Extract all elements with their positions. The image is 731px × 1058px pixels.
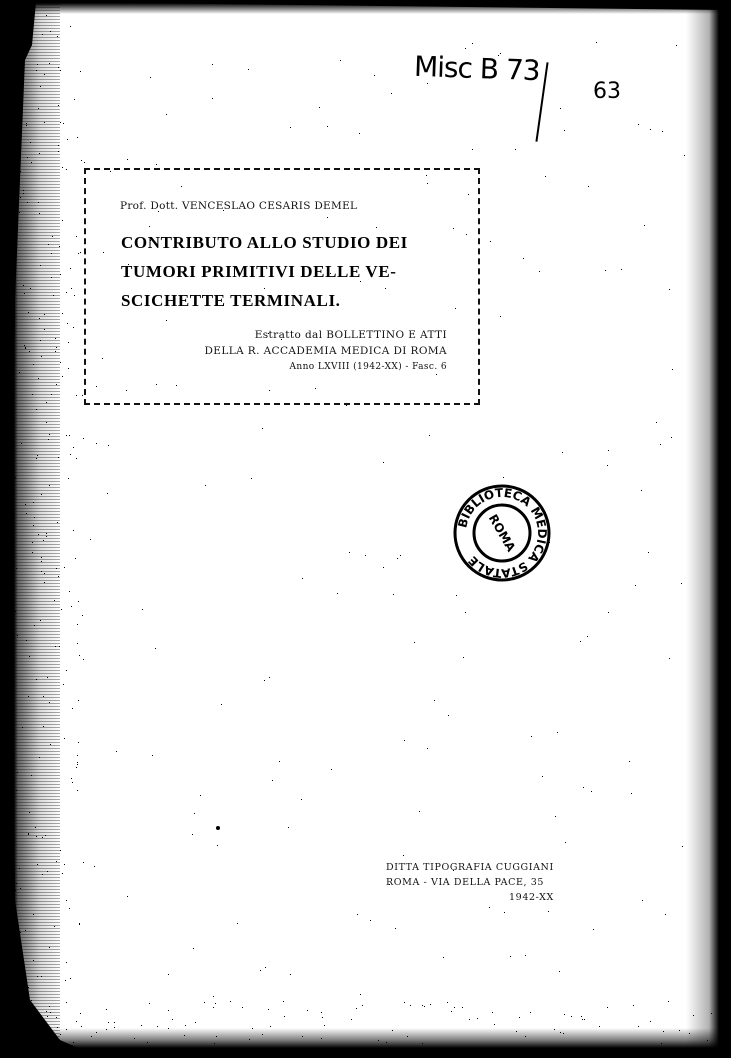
scan-noise <box>49 485 50 486</box>
scan-noise <box>217 845 218 846</box>
scan-noise <box>454 1007 455 1008</box>
scan-noise <box>76 1021 77 1022</box>
scan-noise <box>77 790 78 791</box>
scan-noise <box>147 1042 148 1043</box>
scan-noise <box>17 64 18 65</box>
scan-noise <box>531 736 532 737</box>
scan-noise <box>66 900 67 901</box>
scan-noise <box>42 837 43 838</box>
scan-border-bottom <box>0 1028 731 1058</box>
scan-noise <box>42 34 43 35</box>
scan-noise <box>49 947 50 948</box>
scan-noise <box>26 123 27 124</box>
scan-noise <box>55 338 56 339</box>
scan-noise <box>55 646 56 647</box>
scan-noise <box>58 576 59 577</box>
scan-noise <box>33 960 34 961</box>
scan-noise <box>106 1009 107 1010</box>
scan-noise <box>79 1 80 2</box>
scan-noise <box>327 217 328 218</box>
scan-noise <box>351 1019 352 1020</box>
scan-noise <box>607 1007 608 1008</box>
scanned-page: Misc B 73 63 Prof. Dott. VENCESLAO CESAR… <box>0 0 731 1058</box>
scan-noise <box>64 738 65 739</box>
scan-noise <box>41 494 42 495</box>
scan-noise <box>90 539 91 540</box>
scan-noise <box>395 928 396 929</box>
scan-noise <box>463 657 464 658</box>
scan-noise <box>60 850 61 851</box>
scan-noise <box>126 390 127 391</box>
scan-noise <box>76 767 77 768</box>
scan-noise <box>362 1005 363 1006</box>
scan-noise <box>150 77 151 78</box>
scan-noise <box>103 252 104 253</box>
scan-noise <box>28 987 29 988</box>
scan-noise <box>404 1002 405 1003</box>
scan-noise <box>20 1029 21 1030</box>
scan-noise <box>340 60 341 61</box>
scan-noise <box>268 333 269 334</box>
scan-noise <box>69 591 70 592</box>
scan-noise <box>16 181 17 182</box>
scan-noise <box>525 1036 526 1037</box>
printer-imprint: DITTA TIPOGRAFIA CUGGIANI ROMA - VIA DEL… <box>386 860 554 905</box>
scan-noise <box>214 1043 215 1044</box>
scan-noise <box>302 578 303 579</box>
scan-noise <box>642 900 643 901</box>
scan-noise <box>346 405 347 406</box>
scan-noise <box>51 253 52 254</box>
scan-noise <box>436 374 437 375</box>
scan-noise <box>554 1029 555 1030</box>
scan-noise <box>385 288 386 289</box>
scan-noise <box>46 533 47 534</box>
scan-noise <box>374 75 375 76</box>
scan-noise <box>7 1008 8 1009</box>
scan-noise <box>75 558 76 559</box>
scan-noise <box>608 612 609 613</box>
scan-noise <box>679 1030 680 1031</box>
scan-noise <box>33 914 34 915</box>
scan-noise <box>330 273 331 274</box>
scan-noise <box>212 98 213 99</box>
scan-noise <box>42 874 43 875</box>
scan-noise <box>40 265 41 266</box>
scan-noise <box>472 43 473 44</box>
scan-noise <box>22 727 23 728</box>
scan-noise <box>29 351 30 352</box>
scan-noise <box>64 567 65 568</box>
scan-noise <box>37 64 38 65</box>
scan-noise <box>66 169 67 170</box>
scan-noise <box>607 465 608 466</box>
scan-noise <box>102 358 103 359</box>
scan-noise <box>583 787 584 788</box>
scan-noise <box>281 339 282 340</box>
scan-noise <box>76 236 77 237</box>
scan-noise <box>37 976 38 977</box>
scan-noise <box>44 573 45 574</box>
scan-noise <box>77 643 78 644</box>
scan-noise <box>221 704 222 705</box>
scan-noise <box>213 996 214 997</box>
scan-noise <box>68 478 69 479</box>
scan-noise <box>472 149 473 150</box>
scan-noise <box>150 240 151 241</box>
scan-noise <box>504 912 505 913</box>
scan-noise <box>77 755 78 756</box>
scan-noise <box>17 1037 18 1038</box>
scan-noise <box>27 1 28 2</box>
scan-noise <box>26 640 27 641</box>
scan-noise <box>20 62 21 63</box>
printer-line: DITTA TIPOGRAFIA CUGGIANI <box>386 860 554 875</box>
scan-noise <box>80 252 81 253</box>
scan-noise <box>648 552 649 553</box>
scan-noise <box>156 164 157 165</box>
scan-noise <box>26 1045 27 1046</box>
scan-noise <box>26 1024 27 1025</box>
scan-noise <box>605 270 606 271</box>
scan-noise <box>650 129 651 130</box>
scan-noise <box>722 1001 723 1002</box>
scan-noise <box>31 775 32 776</box>
scan-noise <box>8 1015 9 1016</box>
scan-noise <box>68 368 69 369</box>
scan-noise <box>629 761 630 762</box>
scan-noise <box>77 762 78 763</box>
scan-border-left <box>0 0 60 1058</box>
scan-noise <box>73 447 74 448</box>
scan-noise <box>66 1029 67 1030</box>
scan-noise <box>20 1014 21 1015</box>
scan-noise <box>47 677 48 678</box>
scan-noise <box>41 561 42 562</box>
ink-speck <box>216 826 220 830</box>
scan-noise <box>596 42 597 43</box>
scan-noise <box>356 1008 357 1009</box>
scan-noise <box>29 656 30 657</box>
scan-noise <box>689 1033 690 1034</box>
scan-noise <box>548 911 549 912</box>
scan-noise <box>128 264 129 265</box>
scan-noise <box>96 386 97 387</box>
scan-noise <box>494 1024 495 1025</box>
scan-noise <box>665 914 666 915</box>
scan-noise <box>264 680 265 681</box>
scan-noise <box>73 327 74 328</box>
scan-noise <box>76 395 77 396</box>
scan-noise <box>78 700 79 701</box>
scan-noise <box>25 504 26 505</box>
scan-noise <box>462 1007 463 1008</box>
scan-noise <box>251 478 252 479</box>
scan-noise <box>41 976 42 977</box>
scan-noise <box>55 351 56 352</box>
scan-noise <box>15 611 16 612</box>
scan-noise <box>56 861 57 862</box>
scan-noise <box>19 868 20 869</box>
scan-noise <box>279 761 280 762</box>
scan-noise <box>59 646 60 647</box>
scan-noise <box>660 444 661 445</box>
scan-noise <box>28 312 29 313</box>
scan-noise <box>397 558 398 559</box>
scan-noise <box>414 642 415 643</box>
scan-noise <box>38 202 39 203</box>
scan-noise <box>108 1022 109 1023</box>
scan-noise <box>469 1019 470 1020</box>
scan-noise <box>564 1014 565 1015</box>
scan-noise <box>204 1002 205 1003</box>
scan-noise <box>41 557 42 558</box>
scan-noise <box>82 615 83 616</box>
scan-noise <box>61 609 62 610</box>
scan-noise <box>357 914 358 915</box>
title-line: TUMORI PRIMITIVI DELLE VE- <box>121 257 408 286</box>
scan-noise <box>555 816 556 817</box>
scan-noise <box>66 292 67 293</box>
scan-noise <box>106 1029 107 1030</box>
scan-noise <box>84 352 85 353</box>
scan-noise <box>591 791 592 792</box>
scan-noise <box>21 1048 22 1049</box>
scan-noise <box>66 1002 67 1003</box>
scan-noise <box>301 799 302 800</box>
scan-noise <box>24 976 25 977</box>
scan-noise <box>35 827 36 828</box>
scan-noise <box>465 612 466 613</box>
scan-noise <box>31 1000 32 1001</box>
scan-noise <box>516 1031 517 1032</box>
scan-noise <box>36 458 37 459</box>
scan-noise <box>593 929 594 930</box>
scan-noise <box>252 1028 253 1029</box>
scan-noise <box>33 364 34 365</box>
scan-noise <box>15 1018 16 1019</box>
scan-noise <box>60 1041 61 1042</box>
scan-noise <box>149 1003 150 1004</box>
scan-noise <box>25 348 26 349</box>
scan-noise <box>349 552 350 553</box>
scan-noise <box>56 347 57 348</box>
scan-noise <box>38 108 39 109</box>
scan-noise <box>34 625 35 626</box>
scan-noise <box>62 220 63 221</box>
scan-noise <box>681 583 682 584</box>
scan-noise <box>56 1017 57 1018</box>
scan-noise <box>158 211 159 212</box>
scan-noise <box>331 769 332 770</box>
scan-noise <box>500 53 501 54</box>
scan-noise <box>69 908 70 909</box>
scan-noise <box>427 183 428 184</box>
scan-noise <box>215 1003 216 1004</box>
scan-noise <box>684 155 685 156</box>
scan-noise <box>62 873 63 874</box>
scan-noise <box>32 394 33 395</box>
scan-noise <box>650 1021 651 1022</box>
scan-noise <box>46 536 47 537</box>
scan-noise <box>581 1016 582 1017</box>
scan-noise <box>27 202 28 203</box>
scan-noise <box>321 1012 322 1013</box>
scan-noise <box>46 1011 47 1012</box>
scan-noise <box>43 540 44 541</box>
scan-noise <box>172 1019 173 1020</box>
scan-noise <box>62 167 63 168</box>
scan-noise <box>166 320 167 321</box>
scan-noise <box>52 236 53 237</box>
scan-noise <box>587 636 588 637</box>
scan-noise <box>638 124 639 125</box>
scan-noise <box>51 394 52 395</box>
scan-noise <box>43 696 44 697</box>
scan-noise <box>403 855 404 856</box>
scan-noise <box>30 142 31 143</box>
scan-noise <box>456 595 457 596</box>
scan-noise <box>30 288 31 289</box>
scan-noise <box>542 776 543 777</box>
scan-noise <box>15 477 16 478</box>
scan-noise <box>16 883 17 884</box>
scan-noise <box>116 751 117 752</box>
scan-noise <box>44 122 45 123</box>
scan-noise <box>230 1001 231 1002</box>
scan-noise <box>447 1002 448 1003</box>
scan-noise <box>644 225 645 226</box>
scan-noise <box>393 594 394 595</box>
scan-noise <box>60 362 61 363</box>
scan-noise <box>80 71 81 72</box>
scan-noise <box>32 542 33 543</box>
scan-noise <box>73 530 74 531</box>
scan-noise <box>669 289 670 290</box>
scan-noise <box>523 258 524 259</box>
scan-noise <box>142 609 143 610</box>
scan-noise <box>57 522 58 523</box>
printer-year: 1942-XX <box>386 890 554 905</box>
scan-noise <box>711 1013 712 1014</box>
scan-noise <box>324 1025 325 1026</box>
scan-noise <box>386 1042 387 1043</box>
scan-noise <box>60 122 61 123</box>
scan-noise <box>36 409 37 410</box>
scan-noise <box>51 277 52 278</box>
scan-noise <box>465 48 466 49</box>
scan-noise <box>94 866 95 867</box>
scan-noise <box>448 715 449 716</box>
scan-noise <box>635 585 636 586</box>
scan-noise <box>557 732 558 733</box>
scan-noise <box>419 811 420 812</box>
scan-noise <box>19 212 20 213</box>
scan-noise <box>157 1026 158 1027</box>
scan-noise <box>38 378 39 379</box>
library-stamp-icon: BIBLIOTECA MEDICA STATALE ROMA <box>452 483 552 583</box>
scan-noise <box>515 149 516 150</box>
scan-noise <box>73 1042 74 1043</box>
scan-noise <box>16 790 17 791</box>
scan-noise <box>562 452 563 453</box>
scan-noise <box>168 1010 169 1011</box>
scan-noise <box>429 435 430 436</box>
scan-noise <box>70 268 71 269</box>
scan-noise <box>213 1007 214 1008</box>
scan-noise <box>560 108 561 109</box>
scan-noise <box>70 26 71 27</box>
scan-noise <box>96 443 97 444</box>
document-title: CONTRIBUTO ALLO STUDIO DEI TUMORI PRIMIT… <box>121 228 408 315</box>
scan-noise <box>83 862 84 863</box>
scan-noise <box>58 151 59 152</box>
scan-noise <box>54 926 55 927</box>
scan-noise <box>656 422 657 423</box>
scan-noise <box>519 1017 520 1018</box>
scan-noise <box>360 281 361 282</box>
scan-noise <box>58 67 59 68</box>
scan-noise <box>571 1016 572 1017</box>
scan-noise <box>47 871 48 872</box>
scan-noise <box>152 755 153 756</box>
scan-noise <box>538 124 539 125</box>
scan-noise <box>212 64 213 65</box>
scan-noise <box>68 342 69 343</box>
scan-noise <box>58 145 59 146</box>
paper-sheet <box>0 0 731 1058</box>
scan-noise <box>166 114 167 115</box>
scan-noise <box>269 390 270 391</box>
scan-noise <box>283 1001 284 1002</box>
scan-noise <box>63 123 64 124</box>
scan-noise <box>563 1033 564 1034</box>
scan-noise <box>32 552 33 553</box>
scan-noise <box>181 186 182 187</box>
scan-noise <box>40 340 41 341</box>
scan-noise <box>389 884 390 885</box>
scan-noise <box>134 1038 135 1039</box>
scan-noise <box>71 288 72 289</box>
scan-noise <box>20 932 21 933</box>
scan-noise <box>676 45 677 46</box>
scan-noise <box>669 658 670 659</box>
scan-noise <box>430 1004 431 1005</box>
scan-noise <box>359 133 360 134</box>
scan-noise <box>327 126 328 127</box>
scan-noise <box>668 1001 669 1002</box>
scan-noise <box>315 388 316 389</box>
scan-noise <box>194 813 195 814</box>
scan-noise <box>60 70 61 71</box>
scan-noise <box>39 757 40 758</box>
scan-noise <box>79 923 80 924</box>
scan-noise <box>36 836 37 837</box>
scan-noise <box>383 567 384 568</box>
scan-noise <box>410 1005 411 1006</box>
scan-noise <box>25 930 26 931</box>
scan-noise <box>29 7 30 8</box>
scan-noise <box>71 778 72 779</box>
scan-noise <box>192 834 193 835</box>
scan-noise <box>15 890 16 891</box>
scan-noise <box>26 125 27 126</box>
scan-noise <box>510 956 511 957</box>
scan-noise <box>560 1032 561 1033</box>
scan-noise <box>156 384 157 385</box>
scan-noise <box>63 684 64 685</box>
scan-noise <box>237 923 238 924</box>
